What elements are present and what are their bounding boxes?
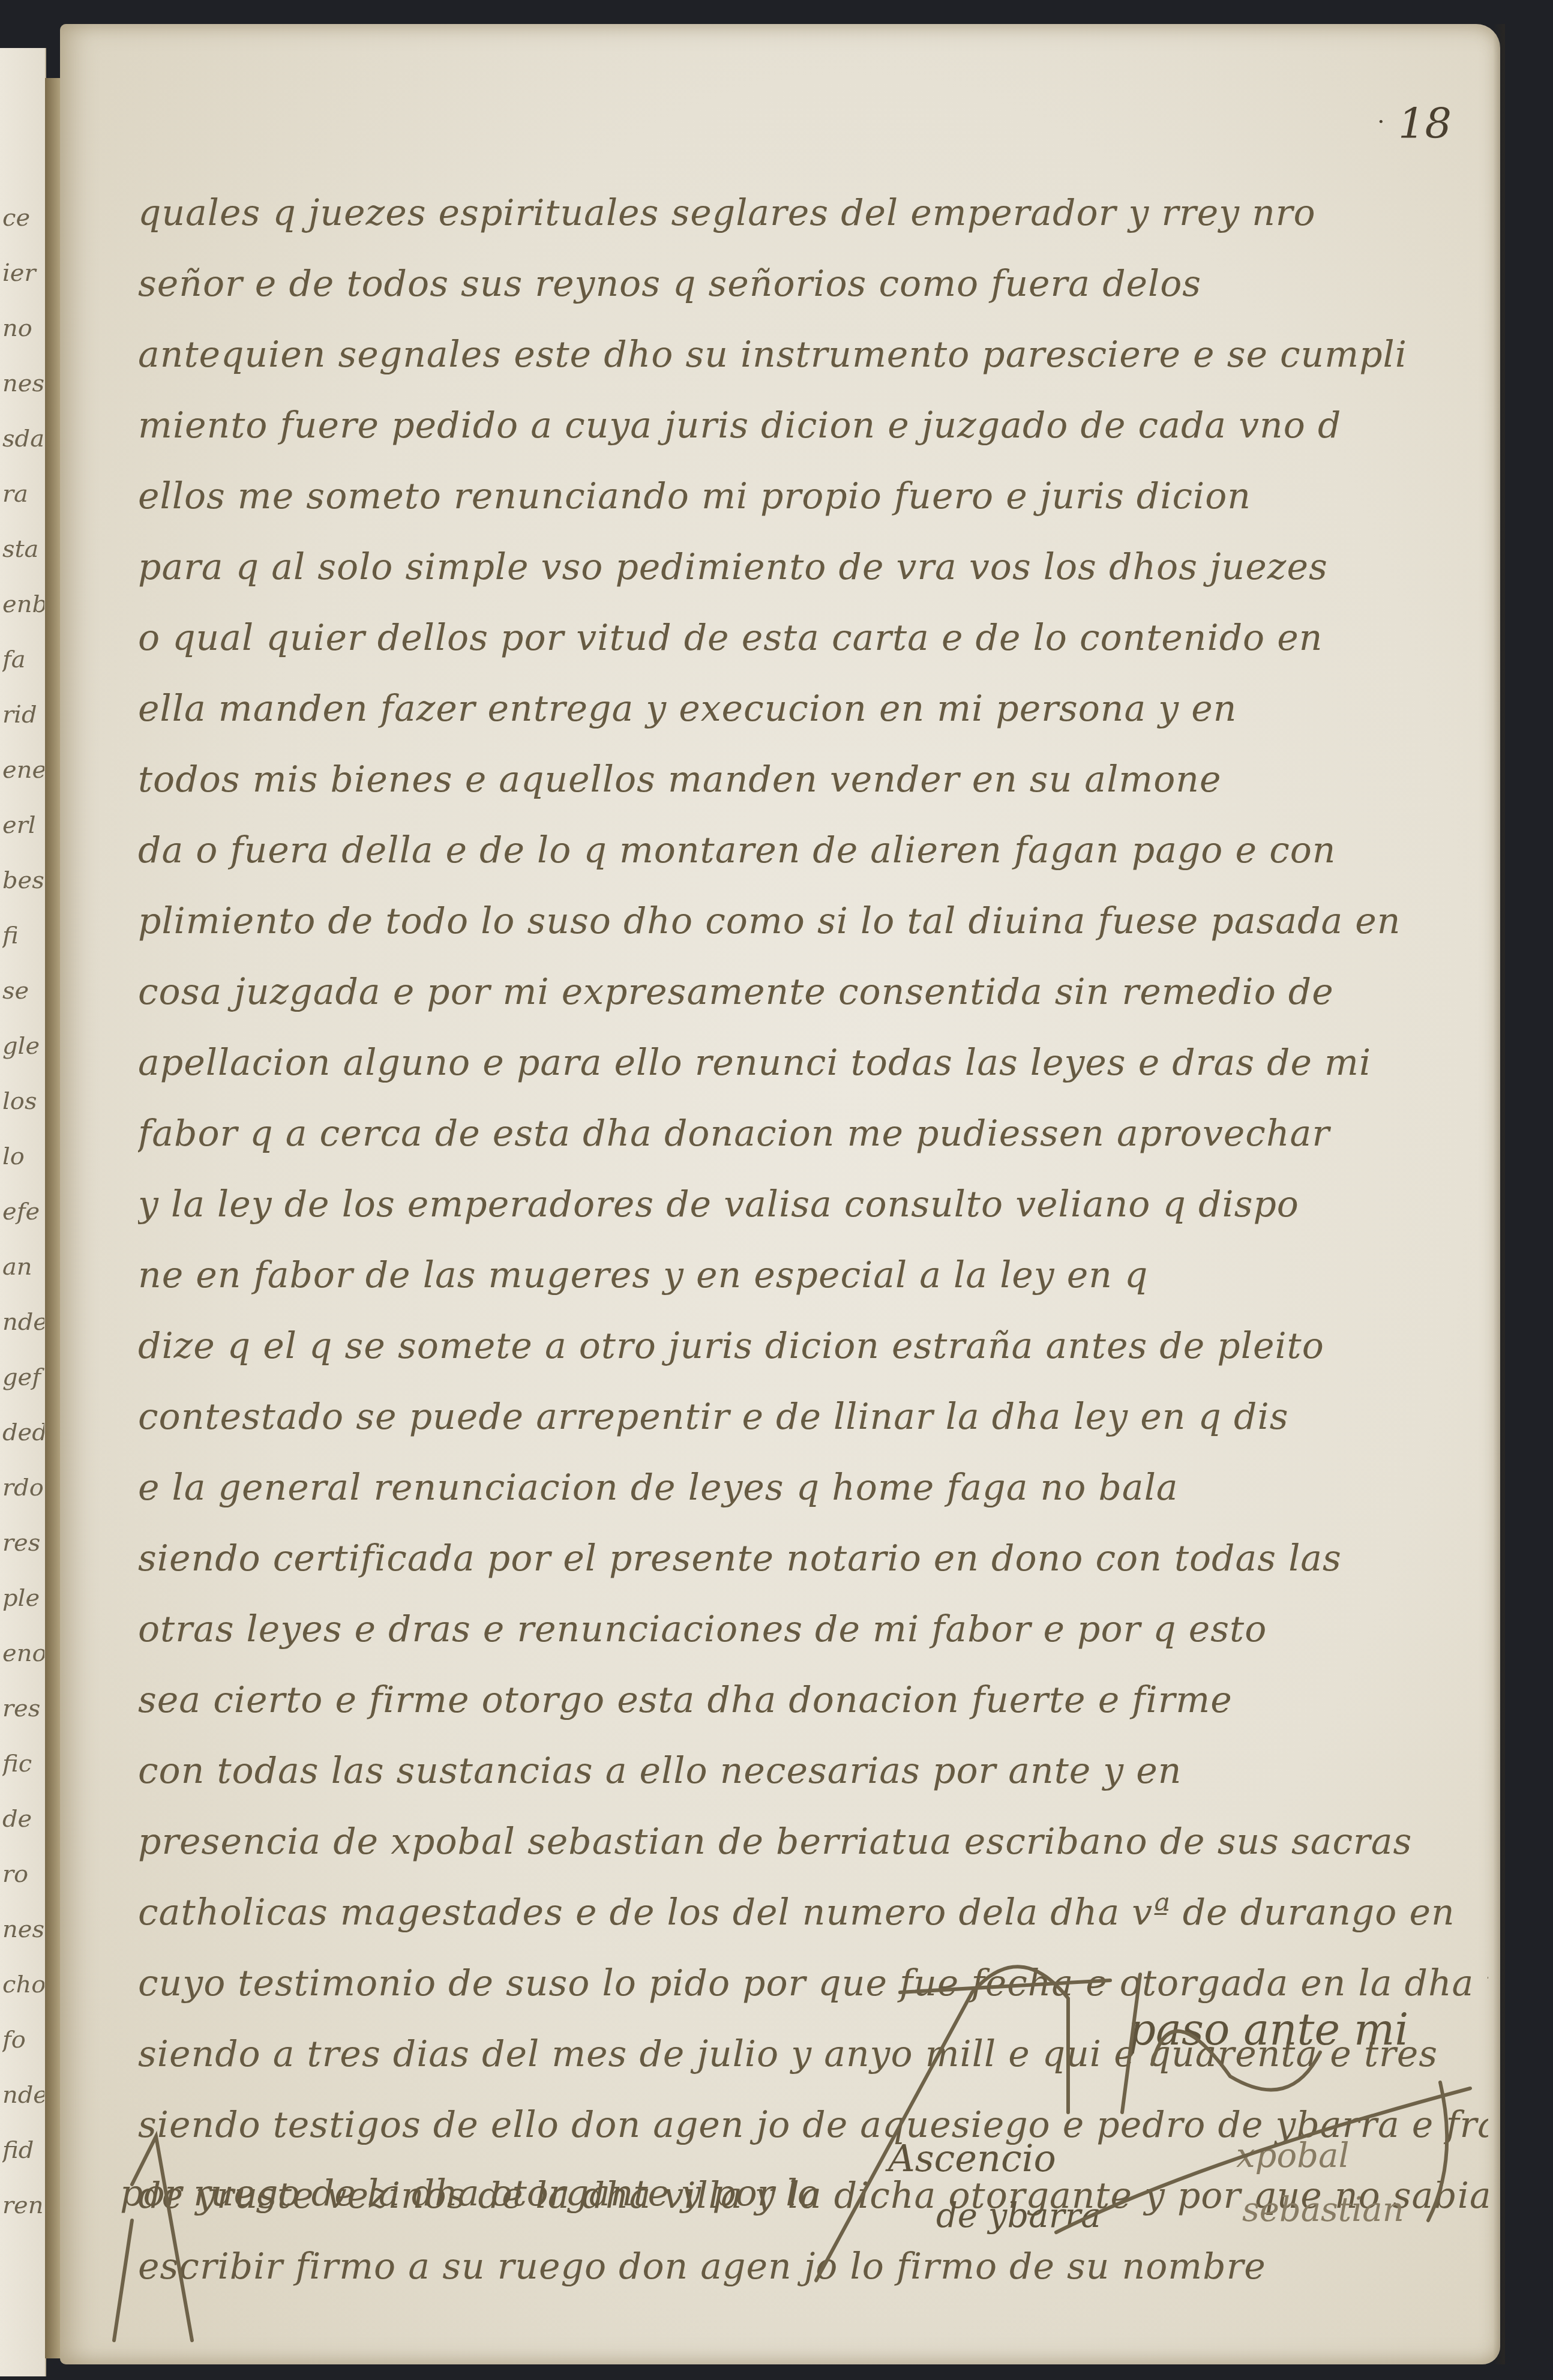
manuscript-line: quales q juezes espirituales seglares de… [138, 192, 1488, 263]
facing-page-text-fragment: rid [2, 701, 44, 729]
manuscript-line: todos mis bienes e aquellos manden vende… [138, 759, 1488, 829]
signature-ascencio-surname: de ybarra [936, 2196, 1101, 2235]
facing-page-text-fragment: los [2, 1087, 44, 1115]
facing-page-text-fragment: sda [2, 425, 44, 452]
manuscript-line: ne en fabor de las mugeres y en especial… [138, 1254, 1488, 1325]
manuscript-line: cosa juzgada e por mi expresamente conse… [138, 971, 1488, 1042]
manuscript-line: o qual quier dellos por vitud de esta ca… [138, 617, 1488, 688]
manuscript-line: apellacion alguno e para ello renunci to… [138, 1042, 1488, 1113]
manuscript-line: otras leyes e dras e renunciaciones de m… [138, 1608, 1488, 1679]
facing-page-text-fragment: ndel [2, 1308, 44, 1336]
facing-page-text-fragment: an [2, 1253, 44, 1281]
facing-page-text-fragment: ene [2, 756, 44, 784]
facing-page-text-fragment: cho [2, 1971, 44, 1998]
signature-ascencio: Ascencio [888, 2136, 1056, 2180]
facing-page-text-fragment: ier [2, 259, 44, 287]
manuscript-line: ella manden fazer entrega y execucion en… [138, 688, 1488, 759]
manuscript-line: e la general renunciacion de leyes q hom… [138, 1467, 1488, 1537]
facing-page-text-fragment: nes [2, 370, 44, 397]
manuscript-line: y la ley de los emperadores de valisa co… [138, 1183, 1488, 1254]
manuscript-line: con todas las sustancias a ello necesari… [138, 1750, 1488, 1821]
page-edge-shadow [1493, 24, 1505, 2364]
manuscript-line: sea cierto e firme otorgo esta dha donac… [138, 1679, 1488, 1750]
facing-page-text-fragment: fa [2, 646, 44, 673]
manuscript-line: fabor q a cerca de esta dha donacion me … [138, 1113, 1488, 1183]
manuscript-line: plimiento de todo lo suso dho como si lo… [138, 900, 1488, 971]
facing-page-text-fragment: de [2, 1805, 44, 1833]
facing-page-text-fragment: lo [2, 1143, 44, 1170]
facing-page-text-fragment: fid [2, 2136, 44, 2164]
manuscript-line: catholicas magestades e de los del numer… [138, 1892, 1488, 1962]
facing-page-text-fragment: gle [2, 1032, 44, 1060]
facing-page-text-fragment: nes [2, 1916, 44, 1943]
facing-page-text-fragment: sta [2, 535, 44, 563]
facing-page-text-fragment: ple [2, 1584, 44, 1612]
facing-page-text-fragment: ra [2, 480, 44, 508]
manuscript-line: para q al solo simple vso pedimiento de … [138, 546, 1488, 617]
manuscript-line: miento fuere pedido a cuya juris dicion … [138, 404, 1488, 475]
signature-xpobal: xpobal [1236, 2136, 1349, 2175]
manuscript-line: contestado se puede arrepentir e de llin… [138, 1396, 1488, 1467]
folio-number: 18 [1398, 99, 1452, 148]
manuscript-line: ellos me someto renunciando mi propio fu… [138, 475, 1488, 546]
facing-page-text-fragment: nde [2, 2081, 44, 2109]
facing-page-text-fragment: ren [2, 2192, 44, 2219]
facing-page-text-fragment: fo [2, 2026, 44, 2054]
manuscript-line: da o fuera della e de lo q montaren de a… [138, 829, 1488, 900]
facing-page-text-fragment: efe [2, 1198, 44, 1225]
facing-page-text-fragment: eno [2, 1639, 44, 1667]
manuscript-body: quales q juezes espirituales seglares de… [138, 192, 1488, 2316]
facing-page-text-fragment: enb [2, 590, 44, 618]
facing-page-text-fragment: erl [2, 811, 44, 839]
facing-page-text-fragment: ce [2, 204, 44, 232]
manuscript-line: señor e de todos sus reynos q señorios c… [138, 263, 1488, 334]
facing-page-text-fragment: bes [2, 867, 44, 894]
facing-page-edge: ceiernonessdarastaenbfarideneerlbesfiseg… [0, 48, 46, 2376]
manuscript-line: siendo certificada por el presente notar… [138, 1537, 1488, 1608]
facing-page-text-fragment: fic [2, 1750, 44, 1777]
closing-line: por ruego de la dha otorgante y por lo [120, 2172, 819, 2214]
notary-signature: paso ante mi [1128, 2004, 1408, 2055]
facing-page-text-fragment: fi [2, 922, 44, 949]
manuscript-line: escribir firmo a su ruego don agen jo lo… [138, 2246, 1488, 2316]
facing-page-text-fragment: se [2, 977, 44, 1005]
facing-page-text-fragment: ded [2, 1419, 44, 1446]
facing-page-text-fragment: ro [2, 1860, 44, 1888]
facing-page-text-fragment: rdo [2, 1474, 44, 1501]
signature-sebastian: sebastian [1242, 2190, 1404, 2229]
manuscript-line: dize q el q se somete a otro juris dicio… [138, 1325, 1488, 1396]
facing-page-text-fragment: res [2, 1529, 44, 1557]
manuscript-line: presencia de xpobal sebastian de berriat… [138, 1821, 1488, 1892]
manuscript-line: antequien segnales este dho su instrumen… [138, 334, 1488, 404]
facing-page-text-fragment: res [2, 1695, 44, 1722]
facing-page-text-fragment: no [2, 314, 44, 342]
facing-page-text-fragment: gef [2, 1363, 44, 1391]
folio-mark: · [1377, 108, 1385, 136]
